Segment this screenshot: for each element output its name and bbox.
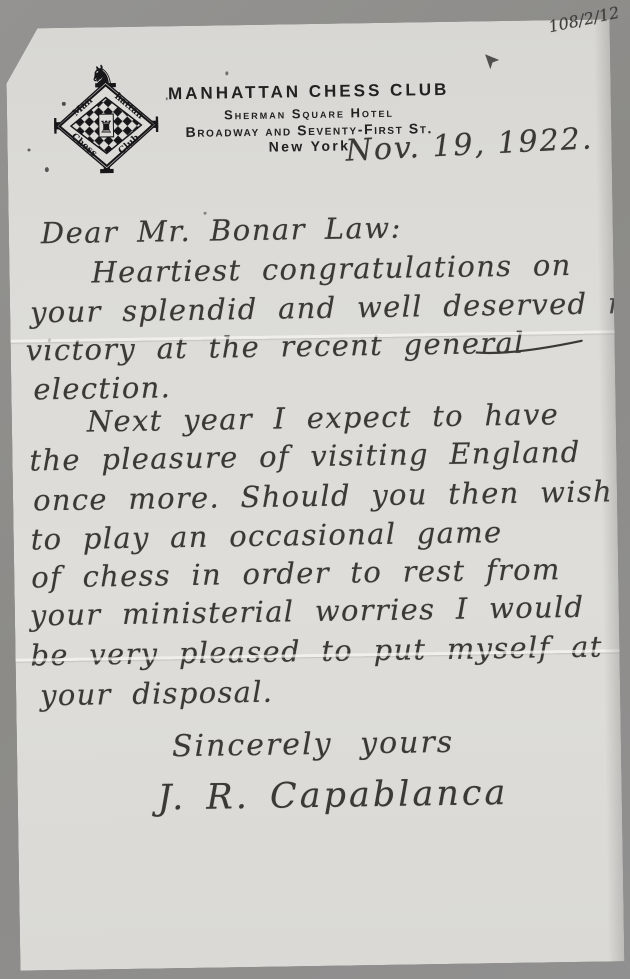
salutation: Dear Mr. Bonar Law:: [41, 211, 403, 251]
handwritten-line: your disposal.: [40, 675, 274, 713]
handwritten-line: your ministerial worries I would: [30, 590, 585, 633]
handwritten-line: Next year I expect to have: [87, 397, 560, 438]
handwritten-line: Heartiest congratulations on: [91, 248, 572, 290]
handwritten-line: the pleasure of visiting England: [29, 435, 581, 478]
handwritten-line: election.: [33, 370, 171, 406]
ink-speck: [225, 71, 228, 75]
handwritten-line: to play an occasional game: [30, 515, 502, 556]
letter-paper: ♞ ♜ Man hattan Chess Club MANHATTAN CHES…: [6, 19, 625, 970]
ink-speck: [28, 148, 31, 151]
closing: Sincerely yours: [172, 725, 455, 764]
pen-flourish: [476, 338, 586, 358]
ink-speck: [62, 102, 66, 106]
cursor-arrow-icon: [483, 53, 501, 71]
handwritten-line: your splendid and well deserved new: [30, 285, 630, 329]
ink-speck: [166, 97, 168, 100]
ink-speck: [45, 167, 49, 172]
handwritten-line: of chess in order to rest from: [31, 552, 561, 594]
scan-background: ♞ ♜ Man hattan Chess Club MANHATTAN CHES…: [0, 0, 630, 979]
signature: J. R. Capablanca: [157, 773, 508, 819]
ink-speck: [204, 212, 207, 215]
handwritten-line: once more. Should you then wish: [33, 474, 613, 517]
